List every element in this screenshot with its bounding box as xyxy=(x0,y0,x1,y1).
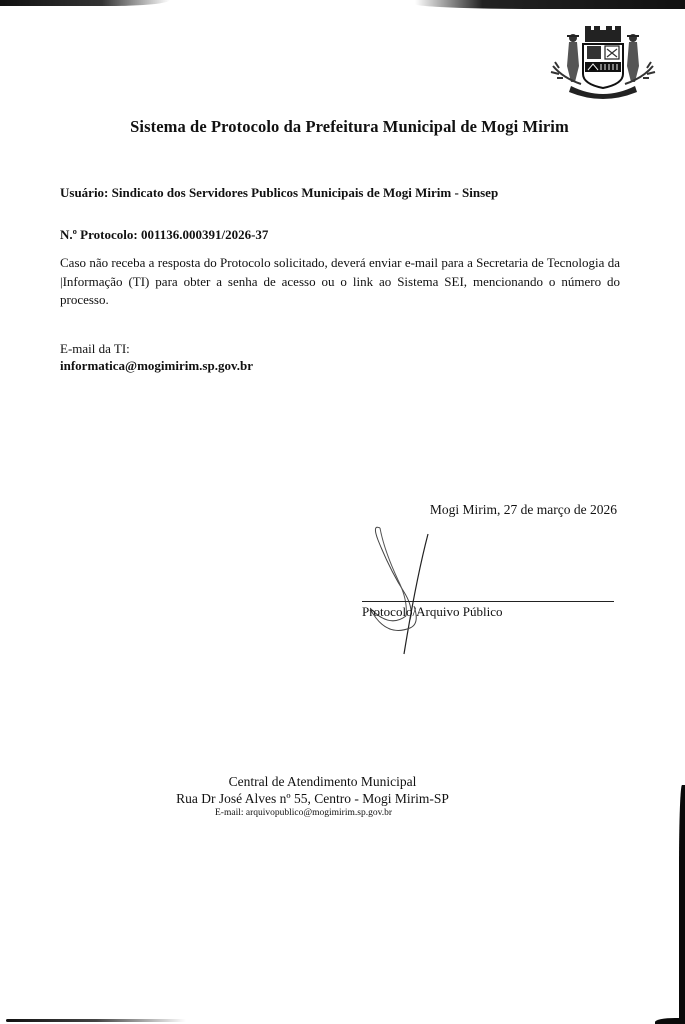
scan-edge-right xyxy=(679,785,685,1024)
signature-label: Protocolo/Arquivo Público xyxy=(362,604,502,620)
signature-icon xyxy=(370,520,450,660)
scanned-page: Sistema de Protocolo da Prefeitura Munic… xyxy=(0,0,685,1024)
footer-email: E-mail: arquivopublico@mogimirim.sp.gov.… xyxy=(0,807,685,820)
it-email-label: E-mail da TI: xyxy=(60,341,130,357)
footer-office-name: Central de Atendimento Municipal xyxy=(0,773,685,790)
notice-paragraph: Caso não receba a resposta do Protocolo … xyxy=(60,254,620,310)
scan-edge-bottom-right xyxy=(655,1018,685,1024)
place-date: Mogi Mirim, 27 de março de 2026 xyxy=(430,502,617,518)
footer-address: Rua Dr José Alves nº 55, Centro - Mogi M… xyxy=(0,790,685,807)
scan-edge-top-right xyxy=(415,0,685,9)
user-line: Usuário: Sindicato dos Servidores Public… xyxy=(60,185,498,201)
document-title: Sistema de Protocolo da Prefeitura Munic… xyxy=(0,117,685,137)
signature-line xyxy=(362,601,614,602)
footer: Central de Atendimento Municipal Rua Dr … xyxy=(0,773,685,820)
protocol-number: N.º Protocolo: 001136.000391/2026-37 xyxy=(60,227,268,243)
scan-edge-top-left xyxy=(0,0,170,6)
coat-of-arms-icon xyxy=(543,26,663,104)
scan-edge-bottom-left xyxy=(6,1019,186,1022)
it-email-address: informatica@mogimirim.sp.gov.br xyxy=(60,358,253,374)
